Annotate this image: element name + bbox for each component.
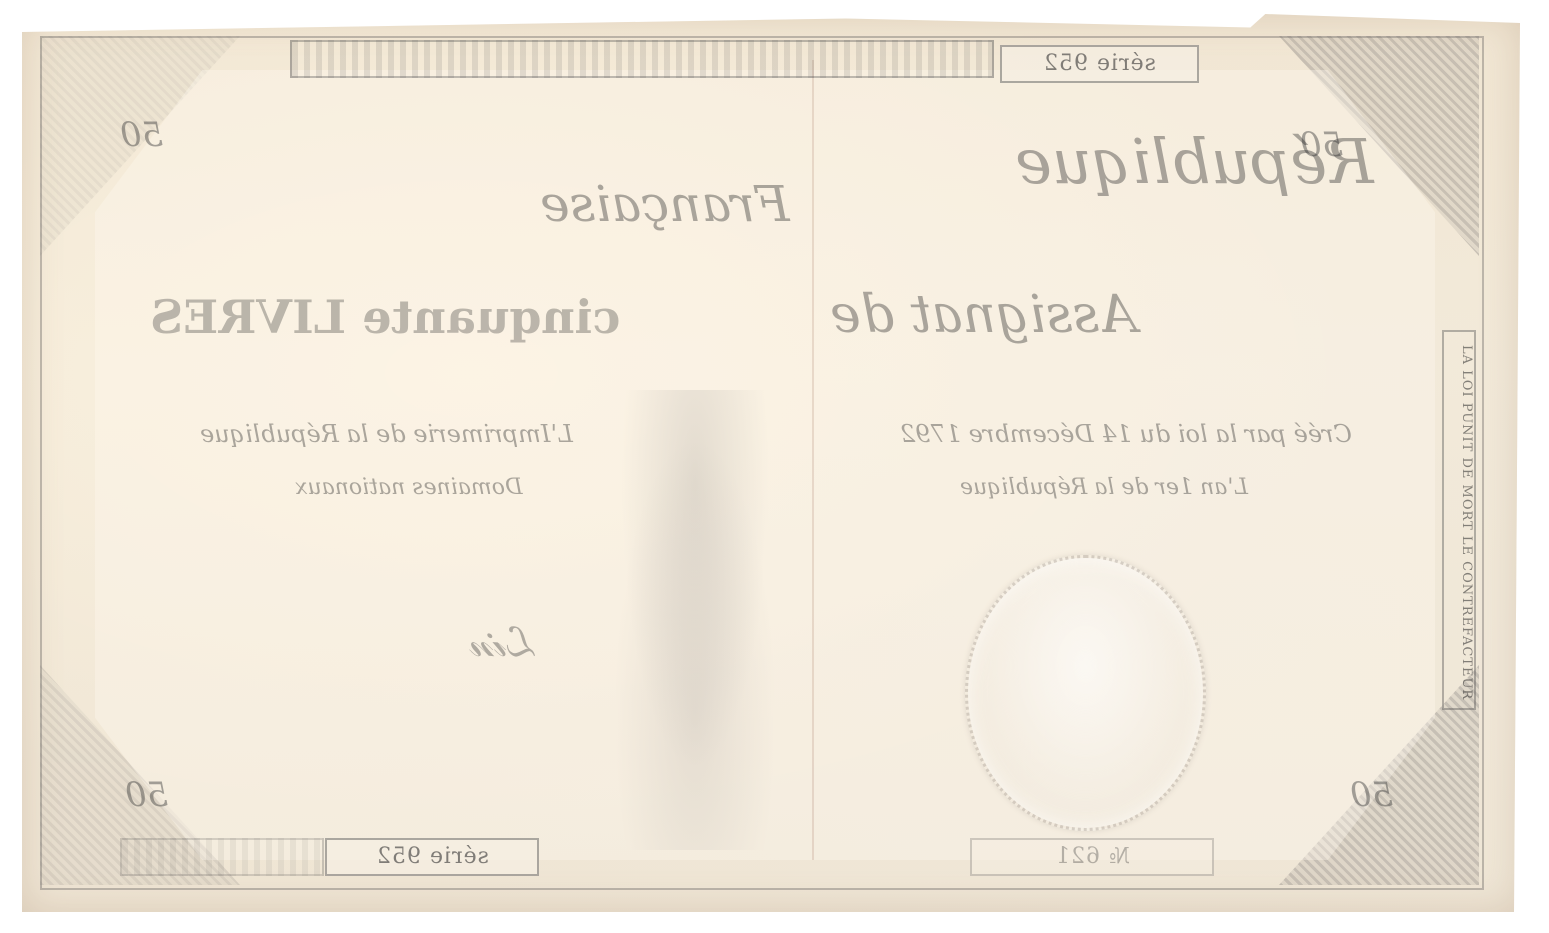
subtitle-domaines-nationaux: Domaines nationaux	[295, 475, 523, 500]
side-warning-strip: LA LOI PUNIT DE MORT LE CONTREFACTEUR	[1442, 330, 1476, 710]
serial-bottom-text: série 952	[376, 840, 489, 874]
title-francaise: Française	[540, 175, 790, 233]
serial-number-top: série 952	[1000, 45, 1199, 83]
number-bottom-right-text: № 621	[1055, 840, 1130, 874]
subtitle-an-republique: L'an 1er de la République	[960, 475, 1248, 500]
serial-number-bottom: série 952	[325, 838, 539, 876]
corner-value-top-left: 50	[120, 115, 163, 155]
subtitle-creation-law: Créé par la loi du 14 Décembre 1792	[900, 420, 1352, 448]
allegorical-figure-showthrough	[600, 390, 790, 850]
corner-value-bottom-right: 50	[1350, 775, 1393, 815]
serial-top-text: série 952	[1043, 47, 1156, 81]
corner-value-bottom-left: 50	[125, 775, 168, 815]
subtitle-imprimerie: L'Imprimerie de la République	[200, 420, 573, 448]
number-box-bottom-right: № 621	[970, 838, 1214, 876]
title-republique: République	[1015, 125, 1374, 198]
denomination-cinquante-livres: cinquante LIVRES	[150, 290, 620, 344]
title-assignat-de: Assignat de	[830, 285, 1137, 345]
signature-mark: ℒ𝒾𝓃	[470, 620, 536, 666]
dry-embossed-seal	[965, 555, 1206, 831]
bottom-left-ornamental-band	[120, 838, 324, 876]
paper-fold-line	[812, 60, 814, 860]
side-warning-text: LA LOI PUNIT DE MORT LE CONTREFACTEUR	[1459, 345, 1474, 700]
top-ornamental-band	[290, 40, 994, 78]
